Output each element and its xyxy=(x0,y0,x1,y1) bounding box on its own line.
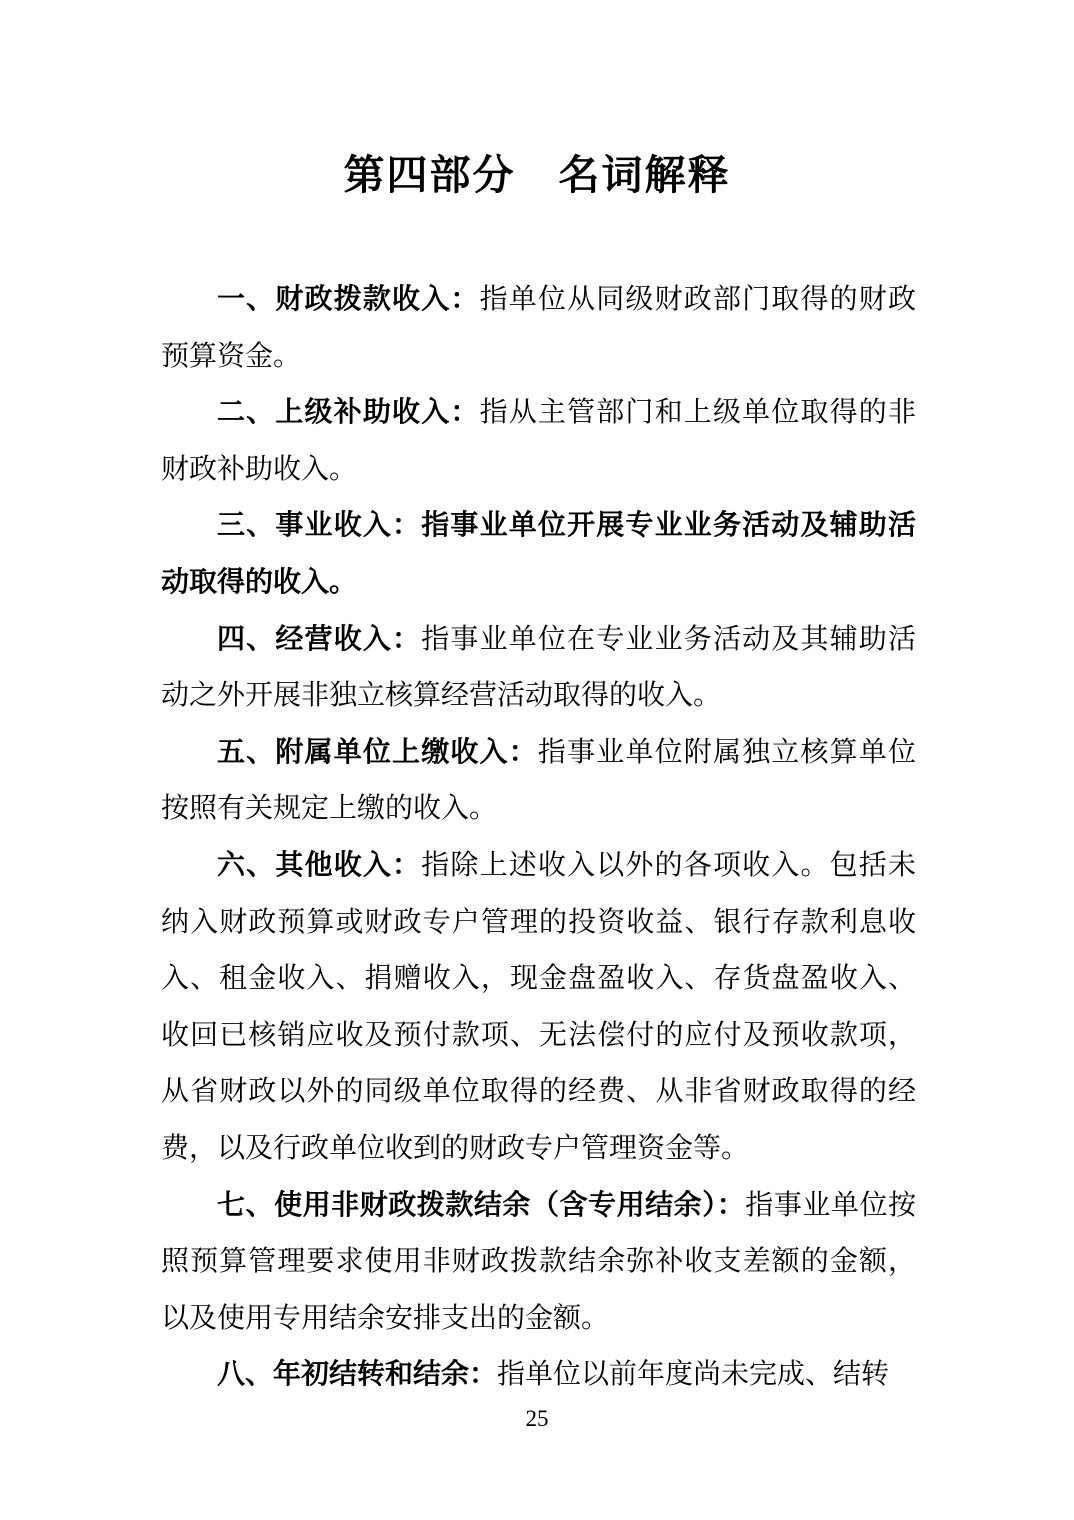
definition-paragraph: 七、使用非财政拨款结余（含专用结余）：指事业单位按照预算管理要求使用非财政拨款结… xyxy=(161,1178,916,1348)
definition-paragraph: 八、年初结转和结余：指单位以前年度尚未完成、结转 xyxy=(161,1347,916,1404)
definition-paragraph: 六、其他收入：指除上述收入以外的各项收入。包括未纳入财政预算或财政专户管理的投资… xyxy=(161,838,916,1178)
document-page: 第四部分 名词解释 一、财政拨款收入：指单位从同级财政部门取得的财政预算资金。 … xyxy=(0,0,1074,1520)
definition-paragraph: 五、附属单位上缴收入：指事业单位附属独立核算单位按照有关规定上缴的收入。 xyxy=(161,725,916,838)
definition-paragraph: 四、经营收入：指事业单位在专业业务活动及其辅助活动之外开展非独立核算经营活动取得… xyxy=(161,612,916,725)
definition-term: 二、上级补助收入： xyxy=(217,397,480,428)
definition-paragraph: 三、事业收入：指事业单位开展专业业务活动及辅助活动取得的收入。 xyxy=(161,498,916,611)
glossary-body: 一、财政拨款收入：指单位从同级财政部门取得的财政预算资金。 二、上级补助收入：指… xyxy=(161,272,916,1404)
page-number: 25 xyxy=(0,1404,1074,1434)
definition-term: 三、事业收入： xyxy=(217,510,421,541)
definition-paragraph: 二、上级补助收入：指从主管部门和上级单位取得的非财政补助收入。 xyxy=(161,385,916,498)
definition-term: 五、附属单位上缴收入： xyxy=(217,737,538,768)
document-title: 第四部分 名词解释 xyxy=(0,148,1074,202)
definition-term: 七、使用非财政拨款结余（含专用结余）： xyxy=(217,1190,745,1221)
definition-paragraph: 一、财政拨款收入：指单位从同级财政部门取得的财政预算资金。 xyxy=(161,272,916,385)
definition-term: 四、经营收入： xyxy=(217,624,421,655)
definition-text: 指单位以前年度尚未完成、结转 xyxy=(497,1359,889,1390)
definition-term: 六、其他收入： xyxy=(217,850,421,881)
definition-text: 指除上述收入以外的各项收入。包括未纳入财政预算或财政专户管理的投资收益、银行存款… xyxy=(161,850,916,1164)
definition-term: 八、年初结转和结余： xyxy=(217,1359,497,1390)
definition-term: 一、财政拨款收入： xyxy=(217,284,480,315)
